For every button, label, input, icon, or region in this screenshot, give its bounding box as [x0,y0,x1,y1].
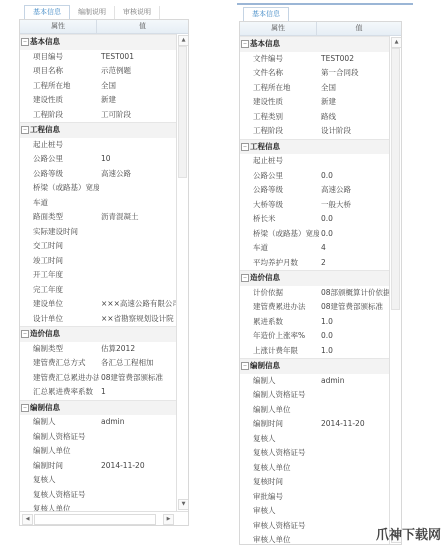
property-name: 工程阶段 [240,124,319,139]
property-value[interactable]: admin [99,415,176,430]
scroll-up-arrow-icon[interactable]: ▲ [391,37,402,48]
grid-body: −基本信息文件编号TEST002文件名称第一合同段工程所在地全国建设性质新建工程… [240,36,389,544]
collapse-toggle-icon[interactable]: − [21,126,29,134]
property-value[interactable]: 0.0 [319,227,389,242]
property-name: 工程所在地 [240,81,319,96]
property-name: 审核人单位 [240,533,319,544]
property-value[interactable]: 高速公路 [99,167,176,182]
property-name: 建管费累进办法 [240,300,319,315]
property-value[interactable]: 高速公路 [319,183,389,198]
property-row[interactable]: 审核人单位 [240,533,389,544]
section-title: 基本信息 [30,37,60,46]
tab-compile-notes[interactable]: 编制说明 [70,6,115,19]
property-name: 建设性质 [20,93,99,108]
property-name: 复核人 [240,432,319,447]
property-row[interactable]: 复核人 [240,432,389,447]
section-header[interactable]: −基本信息 [240,36,389,52]
property-value[interactable] [99,225,176,240]
property-name: 完工年度 [20,283,99,298]
property-row[interactable]: 工程阶段设计阶段 [240,124,389,139]
tab-bar: 基本信息 编制说明 审核说明 [24,6,160,19]
property-name: 文件编号 [240,52,319,67]
property-name: 编制类型 [20,342,99,357]
property-row[interactable]: 编制人单位 [20,444,176,459]
property-row[interactable]: 审批编号 [240,490,389,505]
property-value[interactable]: 工可阶段 [99,108,176,123]
vertical-scrollbar[interactable]: ▲ ▼ [389,36,401,544]
property-row[interactable]: 编制类型估算2012 [20,342,176,357]
collapse-toggle-icon[interactable]: − [21,330,29,338]
property-row[interactable]: 路面类型沥青混凝土 [20,210,176,225]
property-row[interactable]: 工程所在地全国 [240,81,389,96]
section-title: 基本信息 [250,39,280,48]
property-value[interactable] [99,138,176,153]
section-title: 编制信息 [250,361,280,370]
property-row[interactable]: 车道4 [240,241,389,256]
property-name: 编制人 [240,374,319,389]
property-name: 复核人资格证号 [240,446,319,461]
property-name: 起止桩号 [20,138,99,153]
property-row[interactable]: 建设性质新建 [240,95,389,110]
collapse-toggle-icon[interactable]: − [241,274,249,282]
property-row[interactable]: 公路公里0.0 [240,169,389,184]
property-row[interactable]: 建管费累进办法08建管费部颁标准 [240,300,389,315]
property-name: 公路等级 [20,167,99,182]
scroll-down-arrow-icon[interactable]: ▼ [178,499,189,510]
property-row[interactable]: 桥梁（或路基）宽度 [20,181,176,196]
section-title: 工程信息 [250,142,280,151]
property-row[interactable]: 复核人资格证号 [20,488,176,503]
property-value[interactable]: TEST002 [319,52,389,67]
section-header[interactable]: −编制信息 [20,400,176,416]
property-row[interactable]: 年造价上涨率%0.0 [240,329,389,344]
property-name: 实际建设时间 [20,225,99,240]
property-value[interactable]: 1.0 [319,344,389,359]
property-row[interactable]: 复核人资格证号 [240,446,389,461]
property-name: 公路等级 [240,183,319,198]
property-value[interactable]: 4 [319,241,389,256]
property-name: 计价依据 [240,286,319,301]
property-name: 设计单位 [20,312,99,327]
property-name: 编制时间 [20,459,99,474]
property-row[interactable]: 工程类别路线 [240,110,389,125]
section-header[interactable]: −基本信息 [20,34,176,50]
grid-header: 属性 值 [240,22,401,36]
property-value[interactable]: 全国 [319,81,389,96]
property-name: 复核人资格证号 [20,488,99,503]
section-header[interactable]: −工程信息 [240,139,389,155]
grid-header: 属性 值 [20,20,188,34]
property-row[interactable]: 审核人资格证号 [240,519,389,534]
property-value[interactable] [99,473,176,488]
property-row[interactable]: 设计单位××省勘察规划设计院 [20,312,176,327]
property-name: 路面类型 [20,210,99,225]
property-value[interactable] [99,444,176,459]
tab-bar: 基本信息 [243,8,289,21]
property-name: 车道 [20,196,99,211]
property-value[interactable]: 第一合同段 [319,66,389,81]
property-row[interactable]: 文件编号TEST002 [240,52,389,67]
property-name: 审核人 [240,504,319,519]
watermark-logo: 爪神下载网 [376,524,441,543]
property-row[interactable]: 复核时间 [240,475,389,490]
property-name: 编制时间 [240,417,319,432]
section-header[interactable]: −编制信息 [240,358,389,374]
property-name: 编制人资格证号 [20,430,99,445]
property-value[interactable] [99,254,176,269]
property-row[interactable]: 上涨计费年限1.0 [240,344,389,359]
column-header-value[interactable]: 值 [97,20,188,33]
section-header[interactable]: −造价信息 [20,326,176,342]
property-value[interactable] [99,239,176,254]
scroll-thumb[interactable] [34,514,156,525]
property-row[interactable]: 复核人单位 [240,461,389,476]
property-row[interactable]: 实际建设时间 [20,225,176,240]
property-value[interactable] [319,446,389,461]
property-row[interactable]: 公路等级高速公路 [20,167,176,182]
property-name: 交工时间 [20,239,99,254]
scroll-right-arrow-icon[interactable]: ▶ [163,514,174,525]
property-name: 编制人资格证号 [240,388,319,403]
property-value[interactable]: 08建管费部颁标准 [99,371,176,386]
property-value[interactable]: 新建 [99,93,176,108]
property-name: 项目编号 [20,50,99,65]
section-header[interactable]: −工程信息 [20,122,176,138]
right-property-panel: 基本信息 属性 值 −基本信息文件编号TEST002文件名称第一合同段工程所在地… [237,0,413,547]
property-name: 复核时间 [240,475,319,490]
property-value[interactable]: 新建 [319,95,389,110]
property-value[interactable]: 10 [99,152,176,167]
property-value[interactable]: 1.0 [319,315,389,330]
property-value[interactable]: 一般大桥 [319,198,389,213]
property-name: 汇总累进费率系数 [20,385,99,400]
property-row[interactable]: 完工年度 [20,283,176,298]
property-name: 编制人 [20,415,99,430]
property-value[interactable]: 沥青混凝土 [99,210,176,225]
property-name: 工程阶段 [20,108,99,123]
property-row[interactable]: 审核人 [240,504,389,519]
scroll-left-arrow-icon[interactable]: ◀ [22,514,33,525]
property-name: 起止桩号 [240,154,319,169]
property-name: 建管费汇总方式 [20,356,99,371]
property-name: 建设性质 [240,95,319,110]
property-name: 平均养护月数 [240,256,319,271]
property-name: 上涨计费年限 [240,344,319,359]
property-name: 年造价上涨率% [240,329,319,344]
property-row[interactable]: 工程阶段工可阶段 [20,108,176,123]
tab-basic-info[interactable]: 基本信息 [24,5,70,20]
scroll-thumb[interactable] [178,46,187,178]
property-row[interactable]: 工程所在地全国 [20,79,176,94]
property-name: 桥长米 [240,212,319,227]
collapse-toggle-icon[interactable]: − [21,404,29,412]
property-name: 桥梁（或路基）宽度 [240,227,319,242]
property-name: 竣工时间 [20,254,99,269]
property-value[interactable]: 路线 [319,110,389,125]
property-value[interactable]: 全国 [99,79,176,94]
property-row[interactable]: 编制人资格证号 [20,430,176,445]
property-name: 桥梁（或路基）宽度 [20,181,99,196]
property-value[interactable]: 0.0 [319,212,389,227]
property-value[interactable]: 估算2012 [99,342,176,357]
property-value[interactable] [319,490,389,505]
property-row[interactable]: 编制人admin [240,374,389,389]
property-row[interactable]: 编制时间2014-11-20 [240,417,389,432]
property-value[interactable] [99,268,176,283]
property-value[interactable] [99,196,176,211]
property-row[interactable]: 车道 [20,196,176,211]
property-name: 项目名称 [20,64,99,79]
collapse-toggle-icon[interactable]: − [21,38,29,46]
property-value[interactable]: admin [319,374,389,389]
property-value[interactable]: 各汇总工程相加 [99,356,176,371]
property-row[interactable]: 开工年度 [20,268,176,283]
property-value[interactable]: 设计阶段 [319,124,389,139]
tab-review-notes[interactable]: 审核说明 [115,6,160,19]
collapse-toggle-icon[interactable]: − [241,40,249,48]
collapse-toggle-icon[interactable]: − [241,143,249,151]
property-value[interactable]: ×××高速公路有限公司 [99,297,176,312]
property-row[interactable]: 建管费汇总累进办法08建管费部颁标准 [20,371,176,386]
property-value[interactable] [319,461,389,476]
property-row[interactable]: 大桥等级一般大桥 [240,198,389,213]
property-name: 公路公里 [20,152,99,167]
property-row[interactable]: 竣工时间 [20,254,176,269]
property-name: 复核人 [20,473,99,488]
property-row[interactable]: 文件名称第一合同段 [240,66,389,81]
property-row[interactable]: 建设性质新建 [20,93,176,108]
property-value[interactable] [319,432,389,447]
property-value[interactable]: 0.0 [319,329,389,344]
section-title: 工程信息 [30,125,60,134]
property-value[interactable]: 2 [319,256,389,271]
property-row[interactable]: 桥长米0.0 [240,212,389,227]
property-value[interactable] [99,488,176,503]
property-row[interactable]: 起止桩号 [20,138,176,153]
property-row[interactable]: 公路公里10 [20,152,176,167]
property-value[interactable]: 0.0 [319,169,389,184]
property-row[interactable]: 项目编号TEST001 [20,50,176,65]
property-value[interactable]: 示范例题 [99,64,176,79]
property-value[interactable] [319,154,389,169]
property-value[interactable] [319,388,389,403]
property-row[interactable]: 起止桩号 [240,154,389,169]
property-row[interactable]: 平均养护月数2 [240,256,389,271]
property-value[interactable]: ××省勘察规划设计院 [99,312,176,327]
property-row[interactable]: 编制时间2014-11-20 [20,459,176,474]
property-grid: 属性 值 −基本信息文件编号TEST002文件名称第一合同段工程所在地全国建设性… [239,21,402,545]
property-row[interactable]: 复核人 [20,473,176,488]
property-value[interactable]: 08建管费部颁标准 [319,300,389,315]
property-row[interactable]: 累进系数1.0 [240,315,389,330]
column-header-property[interactable]: 属性 [20,20,97,33]
property-row[interactable]: 计价依据08部颁概算计价依据 [240,286,389,301]
property-row[interactable]: 编制人资格证号 [240,388,389,403]
property-name: 累进系数 [240,315,319,330]
scroll-up-arrow-icon[interactable]: ▲ [178,35,189,46]
property-row[interactable]: 桥梁（或路基）宽度0.0 [240,227,389,242]
property-name: 编制人单位 [240,403,319,418]
property-name: 大桥等级 [240,198,319,213]
property-name: 审批编号 [240,490,319,505]
property-row[interactable]: 项目名称示范例题 [20,64,176,79]
property-row[interactable]: 交工时间 [20,239,176,254]
vertical-scrollbar[interactable]: ▲ ▼ [176,34,188,511]
property-name: 审核人资格证号 [240,519,319,534]
column-header-value[interactable]: 值 [317,22,401,35]
property-value[interactable] [319,504,389,519]
property-value[interactable] [99,430,176,445]
section-title: 造价信息 [250,273,280,282]
property-name: 编制人单位 [20,444,99,459]
property-row[interactable]: 汇总累进费率系数1 [20,385,176,400]
property-name: 建设单位 [20,297,99,312]
property-value[interactable]: TEST001 [99,50,176,65]
grid-body: −基本信息项目编号TEST001项目名称示范例题工程所在地全国建设性质新建工程阶… [20,34,176,511]
panel-top-border [237,3,413,5]
property-value[interactable] [99,502,176,511]
property-name: 车道 [240,241,319,256]
property-name: 复核人单位 [20,502,99,511]
section-title: 编制信息 [30,403,60,412]
property-value[interactable] [319,475,389,490]
section-title: 造价信息 [30,329,60,338]
property-value[interactable]: 2014-11-20 [319,417,389,432]
section-header[interactable]: −造价信息 [240,270,389,286]
property-row[interactable]: 复核人单位 [20,502,176,511]
property-name: 复核人单位 [240,461,319,476]
collapse-toggle-icon[interactable]: − [241,362,249,370]
property-row[interactable]: 公路等级高速公路 [240,183,389,198]
property-name: 工程类别 [240,110,319,125]
tab-basic-info[interactable]: 基本信息 [243,7,289,22]
property-name: 工程所在地 [20,79,99,94]
property-name: 公路公里 [240,169,319,184]
column-header-property[interactable]: 属性 [240,22,317,35]
property-grid: 属性 值 −基本信息项目编号TEST001项目名称示范例题工程所在地全国建设性质… [19,19,189,526]
property-value[interactable]: 08部颁概算计价依据 [319,286,389,301]
property-name: 文件名称 [240,66,319,81]
property-value[interactable] [99,283,176,298]
property-row[interactable]: 编制人admin [20,415,176,430]
property-name: 建管费汇总累进办法 [20,371,99,386]
horizontal-scrollbar[interactable]: ◀ ▶ [20,511,188,525]
property-row[interactable]: 建管费汇总方式各汇总工程相加 [20,356,176,371]
property-row[interactable]: 编制人单位 [240,403,389,418]
scroll-thumb[interactable] [391,48,400,310]
property-value[interactable] [99,181,176,196]
property-name: 开工年度 [20,268,99,283]
property-value[interactable]: 1 [99,385,176,400]
property-value[interactable] [319,403,389,418]
property-value[interactable]: 2014-11-20 [99,459,176,474]
property-row[interactable]: 建设单位×××高速公路有限公司 [20,297,176,312]
left-property-panel: 基本信息 编制说明 审核说明 属性 值 −基本信息项目编号TEST001项目名称… [17,0,191,528]
